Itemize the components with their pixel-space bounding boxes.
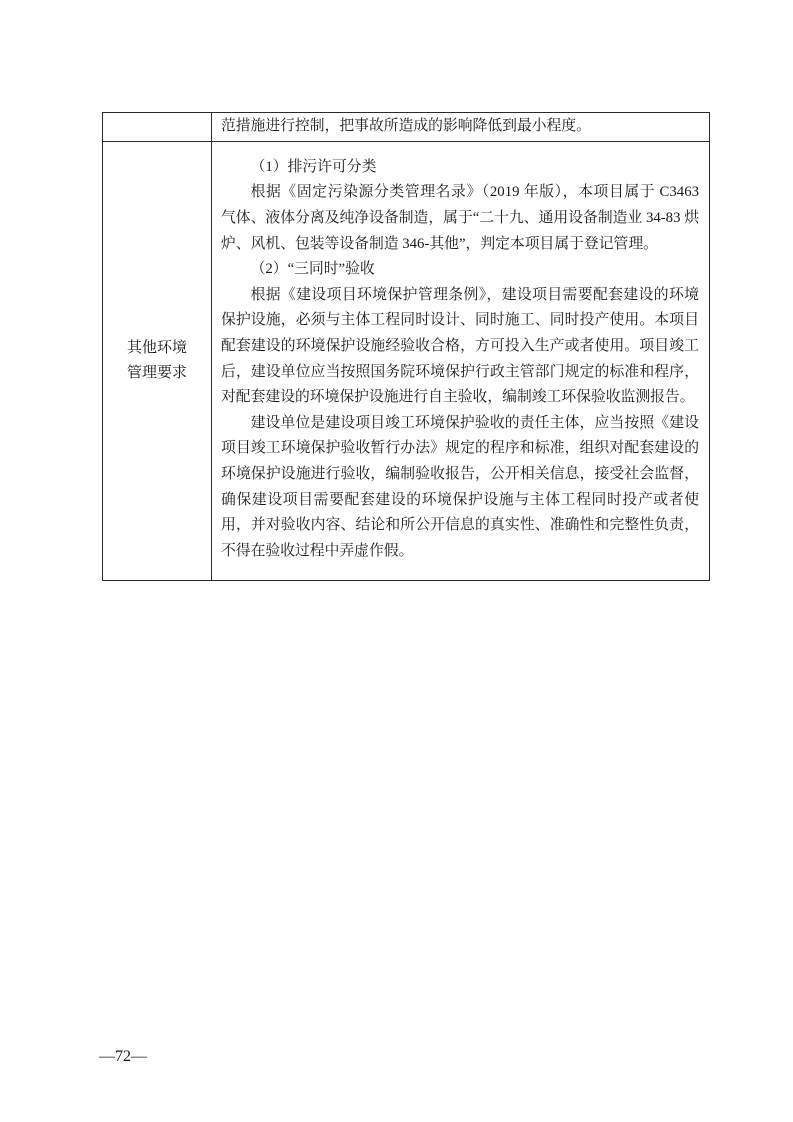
paragraph-acceptance-heading: （2）“三同时”验收	[221, 257, 699, 283]
environment-management-table: 范措施进行控制，把事故所造成的影响降低到最小程度。 其他环境 管理要求 （1）排…	[102, 112, 710, 581]
row-label: 其他环境 管理要求	[105, 336, 209, 386]
row-label-line: 管理要求	[105, 361, 209, 386]
row-content-cell: （1）排污许可分类 根据《固定污染源分类管理名录》（2019 年版），本项目属于…	[212, 141, 710, 580]
table-row: 范措施进行控制，把事故所造成的影响降低到最小程度。	[103, 113, 710, 142]
row-label-cell: 其他环境 管理要求	[103, 141, 212, 580]
page-number: —72—	[99, 1046, 147, 1068]
table-row: 其他环境 管理要求 （1）排污许可分类 根据《固定污染源分类管理名录》（2019…	[103, 141, 710, 580]
paragraph-permit-heading: （1）排污许可分类	[221, 155, 699, 181]
row-label-cell-empty	[103, 113, 212, 142]
paragraph-permit-body: 根据《固定污染源分类管理名录》（2019 年版），本项目属于 C3463 气体、…	[221, 180, 699, 257]
document-page: 范措施进行控制，把事故所造成的影响降低到最小程度。 其他环境 管理要求 （1）排…	[0, 0, 793, 1122]
continuation-text: 范措施进行控制，把事故所造成的影响降低到最小程度。	[221, 114, 699, 140]
row-label-line: 其他环境	[105, 336, 209, 361]
row-content-cell: 范措施进行控制，把事故所造成的影响降低到最小程度。	[212, 113, 710, 142]
paragraph-acceptance-body-1: 根据《建设项目环境保护管理条例》，建设项目需要配套建设的环境保护设施，必须与主体…	[221, 283, 699, 411]
paragraph-acceptance-body-2: 建设单位是建设项目竣工环境保护验收的责任主体，应当按照《建设项目竣工环境保护验收…	[221, 411, 699, 565]
